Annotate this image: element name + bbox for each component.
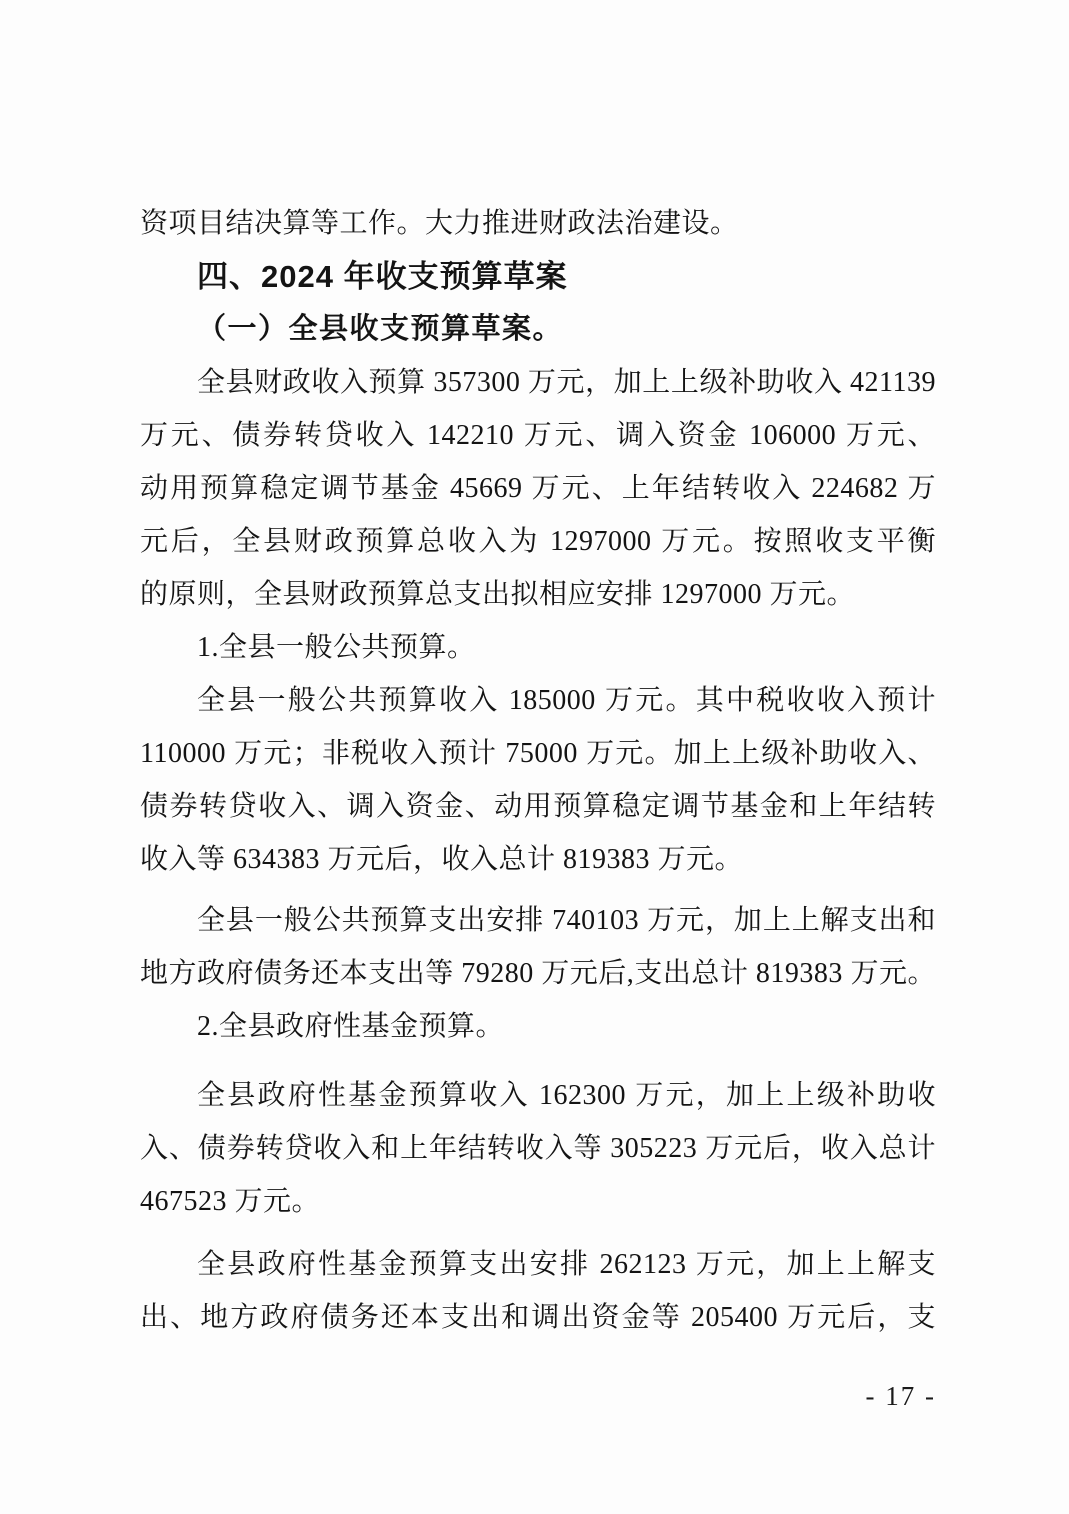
- body-line: 全县政府性基金预算支出安排 262123 万元，加上上解支: [140, 1238, 936, 1291]
- body-line: 467523 万元。: [140, 1175, 936, 1228]
- body-line: 出、地方政府债务还本支出和调出资金等 205400 万元后，支: [140, 1291, 936, 1344]
- subsection-heading: （一）全县收支预算草案。: [140, 303, 936, 356]
- document-page: 资项目结决算等工作。大力推进财政法治建设。 四、2024 年收支预算草案 （一）…: [0, 0, 1069, 1514]
- document-body: 资项目结决算等工作。大力推进财政法治建设。 四、2024 年收支预算草案 （一）…: [140, 197, 936, 1412]
- list-item-heading-2: 2.全县政府性基金预算。: [140, 1000, 936, 1053]
- section-heading: 四、2024 年收支预算草案: [140, 250, 936, 303]
- body-line: 地方政府债务还本支出等 79280 万元后,支出总计 819383 万元。: [140, 947, 936, 1000]
- body-line: 万元、债券转贷收入 142210 万元、调入资金 106000 万元、: [140, 409, 936, 462]
- body-line: 全县政府性基金预算收入 162300 万元，加上上级补助收: [140, 1069, 936, 1122]
- body-line: 元后，全县财政预算总收入为 1297000 万元。按照收支平衡: [140, 515, 936, 568]
- body-line: 收入等 634383 万元后，收入总计 819383 万元。: [140, 833, 936, 886]
- body-line: 债券转贷收入、调入资金、动用预算稳定调节基金和上年结转: [140, 780, 936, 833]
- body-line: 全县一般公共预算支出安排 740103 万元，加上上解支出和: [140, 894, 936, 947]
- body-line-continuation: 资项目结决算等工作。大力推进财政法治建设。: [140, 197, 936, 250]
- body-line: 全县一般公共预算收入 185000 万元。其中税收收入预计: [140, 674, 936, 727]
- body-line: 110000 万元；非税收入预计 75000 万元。加上上级补助收入、: [140, 727, 936, 780]
- body-line: 的原则，全县财政预算总支出拟相应安排 1297000 万元。: [140, 568, 936, 621]
- page-number: - 17 -: [140, 1380, 936, 1412]
- body-line: 全县财政收入预算 357300 万元，加上上级补助收入 421139: [140, 356, 936, 409]
- body-line: 入、债券转贷收入和上年结转收入等 305223 万元后，收入总计: [140, 1122, 936, 1175]
- list-item-heading-1: 1.全县一般公共预算。: [140, 621, 936, 674]
- body-line: 动用预算稳定调节基金 45669 万元、上年结转收入 224682 万: [140, 462, 936, 515]
